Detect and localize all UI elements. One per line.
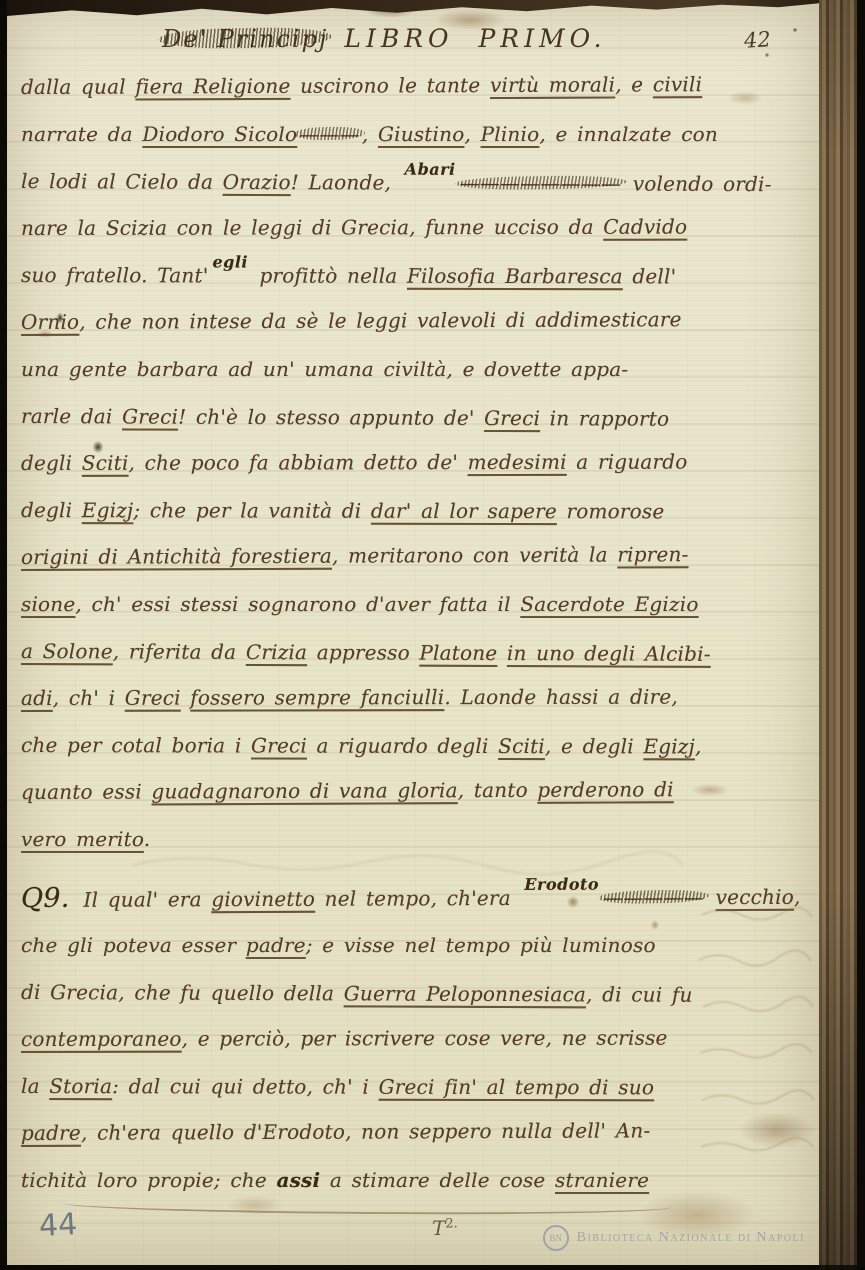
underlined-text: Greci [251,733,307,757]
handwritten-text: . [144,827,151,851]
manuscript-line: che per cotal boria i Greci a riguardo d… [21,722,783,771]
manuscript-line: degli Egizj; che per la vanità di dar' a… [21,487,783,536]
underlined-text: Cadvido [603,215,687,239]
handwritten-text: , di cui fu [586,982,693,1006]
underlined-text: straniere [555,1168,649,1192]
underlined-text: Filosofia Barbaresca [407,264,623,288]
handwritten-text: dell' [623,264,677,288]
handwritten-text: uscirono le tante [290,73,490,98]
handwritten-text: , e perciò, per iscrivere cose vere, ne … [182,1026,668,1051]
handwritten-text: narrate da [21,122,142,146]
handwritten-text: che per cotal boria i [21,733,251,757]
handwritten-text: tichità loro propie; che [21,1168,276,1192]
manuscript-line: rarle dai Greci! ch'è lo stesso appunto … [21,393,783,443]
handwritten-text: in rapporto [540,406,669,431]
handwritten-text: , e innalzate con [539,122,718,146]
handwritten-text: , tanto [458,778,538,802]
handwritten-text: ! Laonde, [291,170,401,194]
manuscript-line: la Storia: dal cui qui detto, ch' i Grec… [21,1063,783,1112]
handwritten-text: : dal cui qui detto, ch' i [112,1074,378,1099]
page-header: De' PrincipjLIBRO PRIMO. [162,24,607,53]
signature-letter: T [432,1216,445,1240]
underlined-text: Greci [122,404,178,428]
handwritten-text: , meritarono con verità la [332,543,617,568]
underlined-text: dar' al lor sapere [371,499,557,523]
manuscript-body: dalla qual fiera Religione uscirono le t… [21,64,783,1204]
underlined-text: Egizj [82,498,134,522]
underlined-text: Ornio [21,310,79,334]
handwritten-text: , [464,122,480,146]
struck-title: De' Principj [162,25,328,53]
handwritten-text: di Grecia, che fu quello della [21,980,344,1005]
manuscript-line: narrate da Diodoro Sicolo———, Giustino, … [21,111,783,158]
handwritten-text: che gli poteva esser [21,933,246,957]
underlined-text: origini di Antichità forestiera [21,544,332,569]
handwritten-text: , ch' essi stessi sognarono d'aver fatta… [75,592,520,616]
manuscript-line: degli Sciti, che poco fa abbiam detto de… [21,438,783,487]
underlined-text: guadagnarono di vana gloria [151,778,457,803]
manuscript-line: quanto essi guadagnarono di vana gloria,… [21,766,783,816]
manuscript-line: sione, ch' essi stessi sognarono d'aver … [21,581,783,628]
handwritten-text: appresso [307,640,419,664]
stamp-label: Biblioteca Nazionale di Napoli [577,1230,805,1246]
struck-text: ——— [297,122,362,146]
underlined-text: Orazio [223,170,291,194]
handwritten-text: ! ch'è lo stesso appunto de' [178,405,484,430]
inserted-word: Erodoto [524,861,599,908]
underlined-text: fiera Religione [135,74,290,99]
page-title: LIBRO PRIMO. [344,24,606,53]
underlined-text: Guerra Peloponnesiaca [344,981,586,1006]
underlined-text: a Solone [21,639,113,663]
inserted-word: egli [212,238,248,285]
stamp-monogram-icon: BN [543,1225,569,1251]
manuscript-line: suo fratello. Tant'egli profittò nella F… [21,252,783,301]
underlined-text: perderono di [537,777,673,802]
paragraph: Q9.Il qual' era giovinetto nel tempo, ch… [21,875,783,1204]
manuscript-line: di Grecia, che fu quello della Guerra Pe… [21,969,783,1019]
handwritten-text: , che poco fa abbiam detto de' [129,450,468,475]
handwritten-text: , [695,734,702,758]
manuscript-line: le lodi al Cielo da Orazio! Laonde, Abar… [21,158,783,208]
manuscript-line: contemporaneo, e perciò, per iscrivere c… [21,1014,783,1063]
underlined-text: Sacerdote Egizio [520,592,698,616]
underlined-text: ripren- [617,542,688,566]
handwritten-text: le lodi al Cielo da [21,169,223,194]
underlined-text: in uno degli Alcibi- [507,641,711,666]
handwritten-text: , e degli [545,734,644,758]
handwritten-text: , ch'era quello d'Erodoto, non seppero n… [81,1118,651,1144]
underlined-text: sione [21,592,75,616]
handwritten-text: quanto essi [21,779,152,804]
manuscript-line: nare la Scizia con le leggi di Grecia, f… [21,203,783,252]
handwritten-text: una gente barbara ad un' umana civiltà, … [21,357,628,381]
handwritten-text: , [794,885,801,909]
library-stamp: BN Biblioteca Nazionale di Napoli [543,1225,805,1251]
pencil-folio-number: 44 [38,1207,78,1244]
manuscript-line: padre, ch'era quello d'Erodoto, non sepp… [21,1107,783,1157]
handwritten-text: profittò nella [250,263,407,287]
underlined-text: fossero sempre fanciulli [190,685,444,710]
underlined-text: Greci [484,406,540,430]
stamp-monogram: BN [549,1233,562,1243]
manuscript-line: Ornio, che non intese da sè le leggi val… [21,296,783,346]
manuscript-line: origini di Antichità forestiera, meritar… [21,531,783,581]
underlined-text: virtù morali [490,73,615,98]
underlined-text: Greci [125,686,181,710]
handwritten-text: rarle dai [21,404,122,428]
handwritten-text: romorose [557,499,665,523]
handwritten-text: la [21,1074,49,1098]
underlined-text: Diodoro Sicolo [142,122,297,146]
manuscript-scan: De' PrincipjLIBRO PRIMO. 42 dalla qual f… [0,0,865,1270]
handwritten-text: , ch' i [53,686,125,710]
handwritten-text: degli [21,451,82,475]
underlined-text: civili [653,72,702,96]
manuscript-line: adi, ch' i Greci fossero sempre fanciull… [21,673,783,722]
manuscript-line: che gli poteva esser padre; e visse nel … [21,922,783,969]
scan-right-edge [857,0,865,1270]
retraced-text: assi [276,1168,320,1192]
handwritten-text: a stimare delle cose [320,1168,555,1192]
underlined-text: Plinio [481,122,540,146]
struck-text: ————— [601,885,706,909]
handwritten-text: , e [615,72,653,96]
handwritten-text: degli [21,498,82,522]
inserted-word: Abari [405,146,456,193]
handwritten-text: nare la Scizia con le leggi di Grecia, f… [21,215,603,240]
underlined-text: Storia [49,1074,112,1098]
torn-top-edge [7,0,819,16]
handwritten-text [181,686,191,710]
handwritten-text: ; e visse nel tempo più luminoso [306,933,656,957]
folio-number: 42 [743,27,771,53]
scan-bottom-edge [0,1265,865,1270]
underlined-text: Greci fin' al tempo di suo [379,1075,655,1100]
underlined-text: Giustino [378,122,464,146]
manuscript-line: una gente barbara ad un' umana civiltà, … [21,346,783,393]
handwritten-text: suo fratello. Tant' [21,263,208,287]
underlined-text: Platone [419,641,497,665]
handwritten-text: , che non intese da sè le leggi valevoli… [79,307,681,334]
handwritten-text: dalla qual [21,75,135,99]
handwritten-text: , riferita da [113,639,246,664]
scan-left-edge [0,0,7,1270]
underlined-text: vecchio [716,885,794,909]
paragraph-marker: Q9. [21,883,70,914]
underlined-text: Crizia [246,640,307,664]
manuscript-line: a Solone, riferita da Crizia appresso Pl… [21,628,783,678]
signature-number: 2. [445,1216,457,1231]
handwritten-text: Il qual' era [83,887,211,912]
handwritten-text: a riguardo degli [307,734,498,758]
manuscript-line: vero merito. [21,816,783,863]
underlined-text: padre [246,933,306,957]
underlined-text: giovinetto [211,887,315,911]
underlined-text: vero merito [21,827,144,851]
handwritten-text [497,641,507,665]
underlined-text: Sciti [82,451,129,475]
handwritten-text: . Laonde hassi a dire, [444,685,678,709]
manuscript-line: dalla qual fiera Religione uscirono le t… [21,61,783,111]
paragraph: dalla qual fiera Religione uscirono le t… [21,64,783,863]
underlined-text: Egizj [643,734,695,758]
manuscript-line: Q9.Il qual' era giovinetto nel tempo, ch… [21,872,783,922]
underlined-text: Sciti [498,734,545,758]
signature-mark: T2. [432,1216,458,1240]
underlined-text: adi [21,686,53,710]
underlined-text: contemporaneo [21,1027,182,1051]
underlined-text: medesimi [468,450,567,474]
struck-text: ———————— [458,171,624,196]
book-page-edges [819,0,857,1270]
handwritten-text: ; che per la vanità di [133,498,371,522]
underlined-text: padre [21,1121,81,1145]
handwritten-text: nel tempo, ch'era [315,886,520,911]
handwritten-text: a riguardo [567,450,688,474]
manuscript-page: De' PrincipjLIBRO PRIMO. 42 dalla qual f… [7,0,819,1265]
handwritten-text: volendo ordi- [623,172,771,197]
